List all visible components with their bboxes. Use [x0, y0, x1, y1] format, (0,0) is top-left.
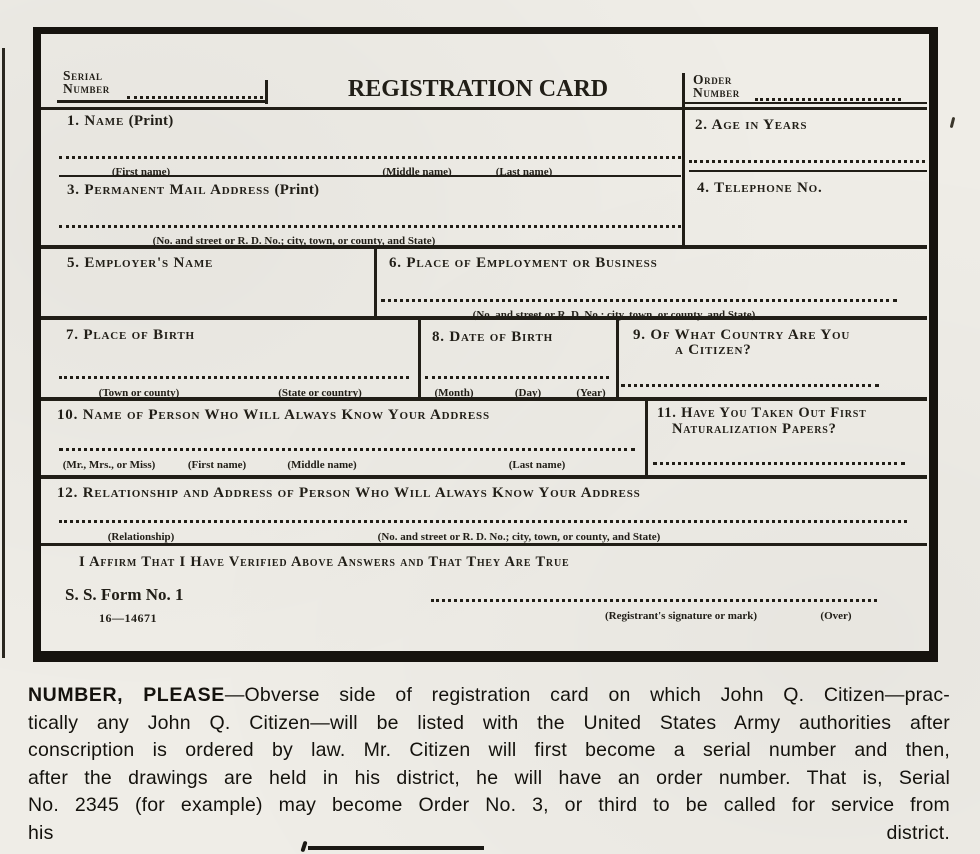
form-number: S. S. Form No. 1 [65, 585, 184, 605]
age-blank [689, 160, 925, 163]
section-rule [41, 397, 927, 401]
field-label-text: 3. Permanent Mail Address [67, 182, 270, 198]
field-contact-name-label: 10. Name of Person Who Will Always Know … [57, 407, 490, 424]
employment-address-blank [381, 299, 897, 302]
clipping-edge-line [2, 48, 5, 658]
hint-over: (Over) [820, 610, 851, 622]
field-naturalization-label-line2: Naturalization Papers? [672, 421, 837, 438]
naturalization-blank [653, 462, 905, 465]
field-employer-label: 5. Employer's Name [67, 255, 213, 272]
hint-last-name: (Last name) [509, 459, 566, 471]
stray-ink-mark [950, 117, 956, 128]
order-label-line2: Number [693, 86, 740, 99]
column-divider [418, 318, 421, 398]
name-blank [59, 156, 681, 159]
field-birthplace-label: 7. Place of Birth [66, 327, 195, 344]
serial-number-blank [127, 96, 263, 99]
address-blank [59, 225, 681, 228]
caption-line: No. 2345 (for example) may become Order … [28, 792, 950, 820]
photo-caption: NUMBER, PLEASE—Obverse side of registrat… [28, 682, 950, 847]
field-telephone-label: 4. Telephone No. [697, 180, 823, 197]
caption-lead: NUMBER, PLEASE [28, 684, 225, 706]
field-mail-address-label: 3. Permanent Mail Address (Print) [67, 182, 319, 199]
field-citizenship-label-line2: a Citizen? [675, 342, 752, 359]
field-naturalization-label: 11. Have You Taken Out First [657, 405, 867, 422]
hint-title-prefix: (Mr., Mrs., or Miss) [63, 459, 156, 471]
signature-blank [431, 599, 877, 602]
newspaper-clipping: Serial Number REGISTRATION CARD Order Nu… [0, 0, 980, 854]
header-rule [41, 107, 927, 110]
field-employment-place-label: 6. Place of Employment or Business [389, 255, 658, 272]
section-rule [41, 245, 927, 249]
field-age-label: 2. Age in Years [695, 117, 807, 134]
order-column-divider [682, 73, 685, 245]
print-code: 16—14671 [99, 611, 157, 626]
field-label-text: 1. Name [67, 113, 124, 129]
column-divider [645, 400, 648, 476]
serial-label-line2: Number [63, 82, 110, 95]
header-rule [57, 100, 267, 103]
field-label-suffix: (Print) [129, 113, 174, 129]
hint-middle-name: (Middle name) [287, 459, 356, 471]
caption-line: conscription is ordered by law. Mr. Citi… [28, 737, 950, 765]
caption-line: after the drawings are held in his distr… [28, 765, 950, 793]
column-divider [616, 318, 619, 398]
caption-line: NUMBER, PLEASE—Obverse side of registrat… [28, 682, 950, 710]
field-label-suffix: (Print) [275, 182, 320, 198]
hint-relationship: (Relationship) [108, 531, 175, 543]
registration-card: Serial Number REGISTRATION CARD Order Nu… [33, 27, 938, 662]
section-rule [41, 316, 927, 320]
caption-text: —Obverse side of registration card on wh… [225, 684, 950, 706]
card-title: REGISTRATION CARD [348, 76, 608, 103]
birthplace-blank [59, 376, 409, 379]
serial-number-label: Serial Number [63, 69, 110, 95]
hint-first-name: (First name) [188, 459, 246, 471]
field-name-label: 1. Name (Print) [67, 113, 173, 130]
hint-address: (No. and street or R. D. No.; city, town… [378, 531, 661, 543]
column-divider [374, 247, 377, 317]
birthdate-blank [425, 376, 609, 379]
order-number-label: Order Number [693, 73, 740, 99]
affirmation-statement: I Affirm That I Have Verified Above Answ… [79, 554, 569, 571]
row-rule [689, 170, 927, 172]
caption-line: his district. [28, 820, 950, 848]
field-birthdate-label: 8. Date of Birth [432, 329, 553, 346]
order-number-blank [755, 98, 901, 101]
citizenship-blank [621, 384, 879, 387]
caption-line: tically any John Q. Citizen—will be list… [28, 710, 950, 738]
field-relationship-label: 12. Relationship and Address of Person W… [57, 485, 641, 502]
hint-signature: (Registrant's signature or mark) [605, 610, 757, 622]
header-rule [685, 102, 927, 104]
relationship-blank [59, 520, 907, 523]
section-rule [41, 475, 927, 479]
row-rule [59, 175, 681, 177]
torn-edge-mark [308, 846, 484, 850]
section-rule [41, 543, 927, 546]
contact-name-blank [59, 448, 635, 451]
